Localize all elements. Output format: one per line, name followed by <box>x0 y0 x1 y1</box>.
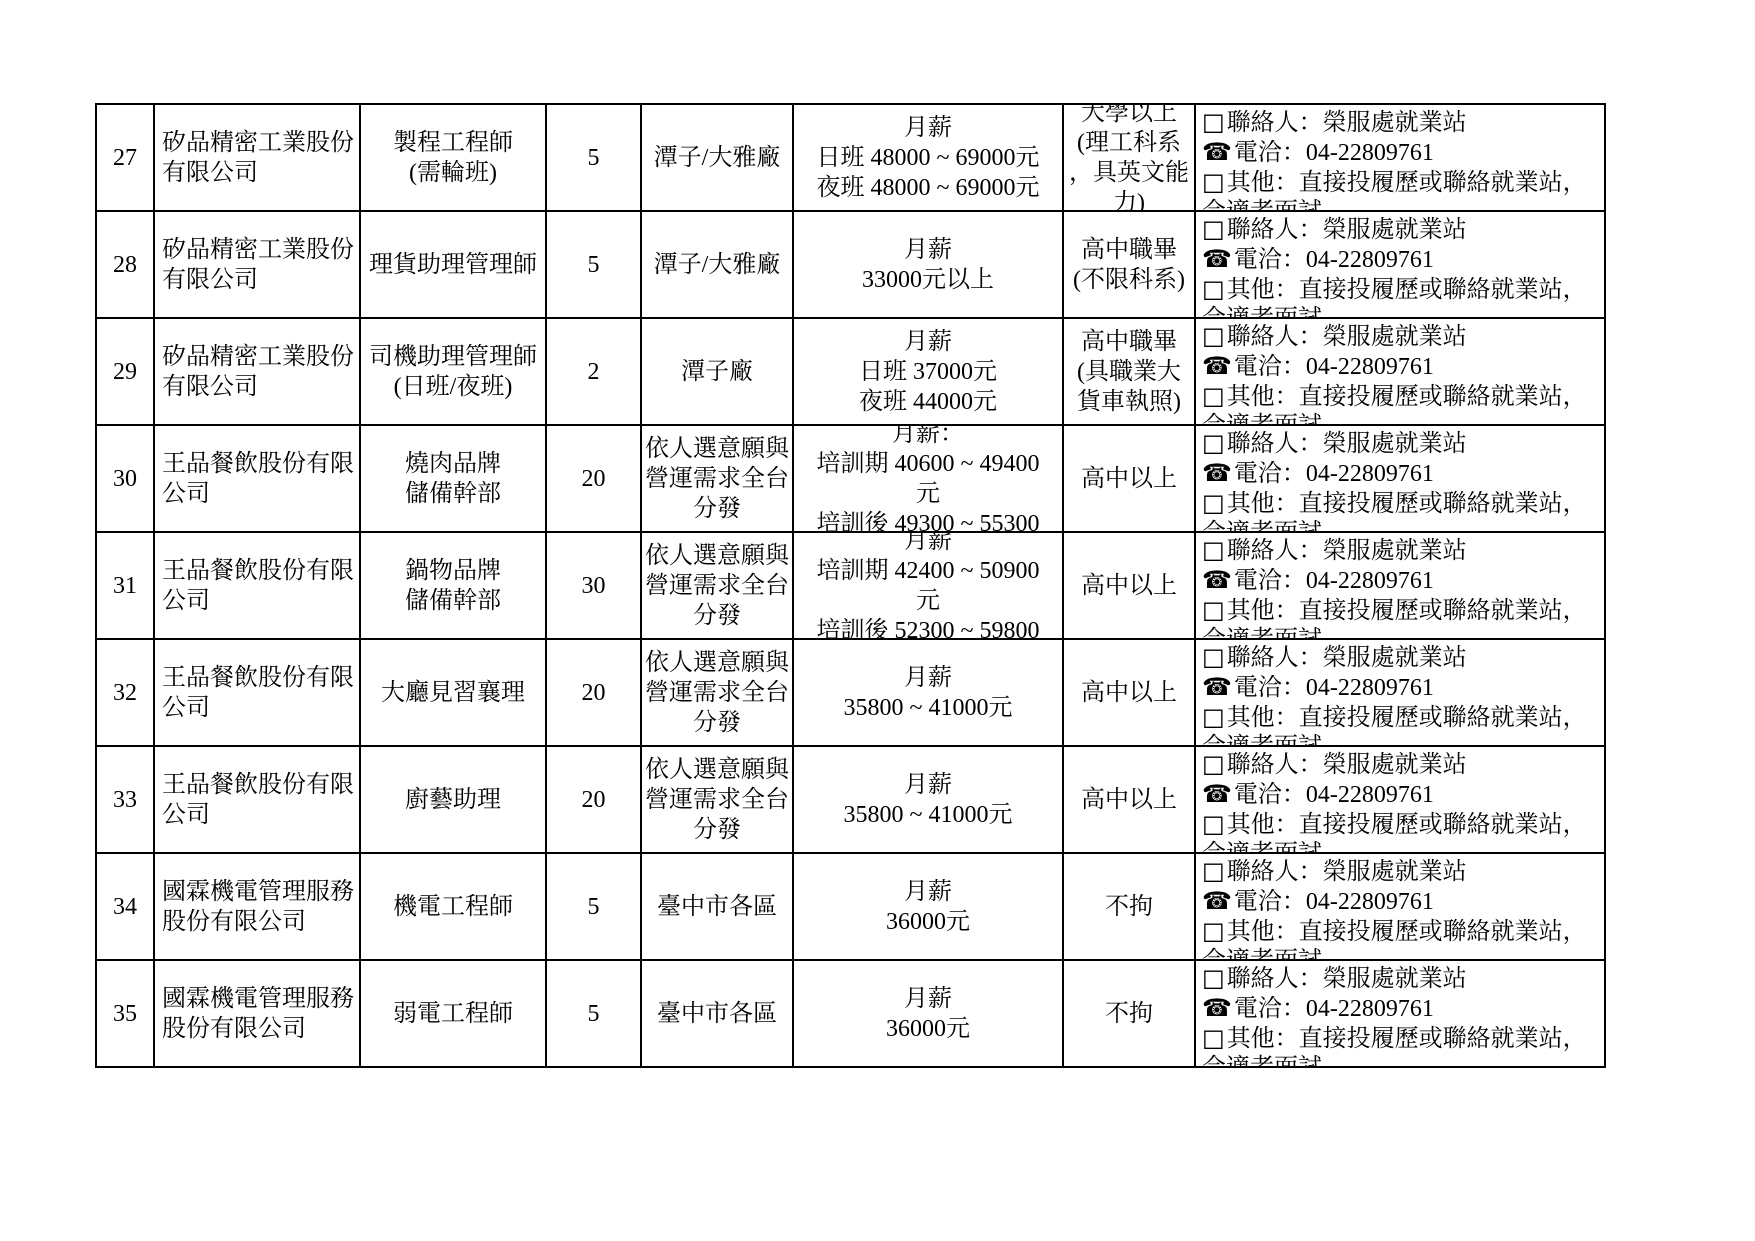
text-line: 分發 <box>693 708 741 738</box>
text-line: 營運需求全台 <box>645 678 789 708</box>
text-line: 20 <box>582 464 606 494</box>
checkbox-icon: □ <box>1202 322 1225 350</box>
contact-text: 聯絡人：榮服處就業站 <box>1227 538 1467 564</box>
text-line: 35800 ~ 41000元 <box>844 800 1013 830</box>
checkbox-icon: □ <box>1202 857 1225 885</box>
text-line: 月薪 <box>904 327 952 357</box>
salary-cell: 月薪日班 48000 ~ 69000元夜班 48000 ~ 69000元 <box>794 105 1064 212</box>
text-line: 5 <box>588 250 600 280</box>
salary-cell: 月薪36000元 <box>794 961 1064 1068</box>
text-line: 臺中市各區 <box>657 999 777 1029</box>
text-line: 30 <box>113 464 137 494</box>
contact-text: 合適者面試 <box>1202 1055 1322 1068</box>
text-line: 潭子/大雅廠 <box>654 143 781 173</box>
text-line: 機電工程師 <box>393 892 513 922</box>
text-line: 元 <box>916 586 940 616</box>
contact-line: ☎電洽：04-22809761 <box>1202 993 1434 1023</box>
phone-icon: ☎ <box>1202 138 1232 166</box>
salary-cell: 月薪36000元 <box>794 854 1064 961</box>
contact-text: 其他：直接投履歷或聯絡就業站， <box>1227 491 1587 517</box>
text-line: 力) <box>1113 188 1145 213</box>
contact-line: □聯絡人：榮服處就業站 <box>1202 642 1467 672</box>
checkbox-icon: □ <box>1202 596 1225 624</box>
text-line: 日班 37000元 <box>859 357 997 387</box>
text-line: 依人選意願與 <box>645 755 789 785</box>
text-line: 鍋物品牌 <box>405 556 501 586</box>
salary-cell: 月薪：培訓期 40600 ~ 49400元培訓後 49300 ~ 55300 <box>794 426 1064 533</box>
row-number-cell: 33 <box>97 747 155 854</box>
job-title-cell: 大廳見習襄理 <box>361 640 547 747</box>
education-cell: 高中職畢(不限科系) <box>1064 212 1196 319</box>
education-cell: 高中以上 <box>1064 747 1196 854</box>
contact-line: ☎電洽：04-22809761 <box>1202 137 1434 167</box>
contact-line: □其他：直接投履歷或聯絡就業站， <box>1202 381 1587 411</box>
text-line: 王品餐飲股份有限 <box>162 663 354 693</box>
job-title-cell: 司機助理管理師(日班/夜班) <box>361 319 547 426</box>
contact-line: 合適者面試 <box>1202 197 1322 212</box>
contact-line: ☎電洽：04-22809761 <box>1202 458 1434 488</box>
row-number-cell: 29 <box>97 319 155 426</box>
location-cell: 臺中市各區 <box>642 854 794 961</box>
text-line: 5 <box>588 892 600 922</box>
text-line: 矽品精密工業股份 <box>162 342 354 372</box>
text-line: 日班 48000 ~ 69000元 <box>817 143 1040 173</box>
text-line: 月薪 <box>904 663 952 693</box>
openings-cell: 5 <box>547 961 642 1068</box>
text-line: 36000元 <box>886 907 970 937</box>
contact-text: 其他：直接投履歷或聯絡就業站， <box>1227 598 1587 624</box>
text-line: 29 <box>113 357 137 387</box>
text-line: 高中以上 <box>1081 464 1177 494</box>
text-line: 有限公司 <box>162 372 258 402</box>
text-line: 28 <box>113 250 137 280</box>
education-cell: 不拘 <box>1064 961 1196 1068</box>
checkbox-icon: □ <box>1202 168 1225 196</box>
text-line: 大廳見習襄理 <box>381 678 525 708</box>
contact-line: □聯絡人：榮服處就業站 <box>1202 428 1467 458</box>
text-line: 高中以上 <box>1081 785 1177 815</box>
contact-text: 電洽：04-22809761 <box>1234 247 1434 273</box>
education-cell: 不拘 <box>1064 854 1196 961</box>
contact-text: 其他：直接投履歷或聯絡就業站， <box>1227 384 1587 410</box>
contact-cell: □聯絡人：榮服處就業站☎電洽：04-22809761□其他：直接投履歷或聯絡就業… <box>1196 426 1606 533</box>
contact-line: 合適者面試 <box>1202 732 1322 747</box>
text-line: 矽品精密工業股份 <box>162 128 354 158</box>
contact-text: 合適者面試 <box>1202 627 1322 640</box>
contact-text: 電洽：04-22809761 <box>1234 889 1434 915</box>
checkbox-icon: □ <box>1202 382 1225 410</box>
contact-text: 聯絡人：榮服處就業站 <box>1227 217 1467 243</box>
openings-cell: 2 <box>547 319 642 426</box>
education-cell: 高中職畢(具職業大貨車執照) <box>1064 319 1196 426</box>
contact-cell: □聯絡人：榮服處就業站☎電洽：04-22809761□其他：直接投履歷或聯絡就業… <box>1196 319 1606 426</box>
company-cell: 國霖機電管理服務股份有限公司 <box>155 961 361 1068</box>
contact-text: 電洽：04-22809761 <box>1234 461 1434 487</box>
text-line: 不拘 <box>1105 999 1153 1029</box>
contact-line: 合適者面試 <box>1202 304 1322 319</box>
education-cell: 高中以上 <box>1064 533 1196 640</box>
contact-line: 合適者面試 <box>1202 839 1322 854</box>
text-line: 廚藝助理 <box>405 785 501 815</box>
education-cell: 高中以上 <box>1064 640 1196 747</box>
contact-line: □其他：直接投履歷或聯絡就業站， <box>1202 809 1587 839</box>
contact-text: 其他：直接投履歷或聯絡就業站， <box>1227 919 1587 945</box>
contact-text: 聯絡人：榮服處就業站 <box>1227 859 1467 885</box>
openings-cell: 20 <box>547 426 642 533</box>
checkbox-icon: □ <box>1202 108 1225 136</box>
contact-line: □其他：直接投履歷或聯絡就業站， <box>1202 702 1587 732</box>
text-line: 營運需求全台 <box>645 785 789 815</box>
text-line: 大學以上 <box>1081 105 1177 128</box>
contact-cell: □聯絡人：榮服處就業站☎電洽：04-22809761□其他：直接投履歷或聯絡就業… <box>1196 640 1606 747</box>
contact-text: 其他：直接投履歷或聯絡就業站， <box>1227 812 1587 838</box>
company-cell: 王品餐飲股份有限公司 <box>155 533 361 640</box>
text-line: 公司 <box>162 479 210 509</box>
text-line: (需輪班) <box>409 158 497 188</box>
checkbox-icon: □ <box>1202 489 1225 517</box>
text-line: 依人選意願與 <box>645 434 789 464</box>
text-line: 月薪 <box>904 113 952 143</box>
text-line: ，具英文能 <box>1069 158 1189 188</box>
text-line: 27 <box>113 143 137 173</box>
text-line: 2 <box>588 357 600 387</box>
contact-line: □聯絡人：榮服處就業站 <box>1202 963 1467 993</box>
job-title-cell: 製程工程師(需輪班) <box>361 105 547 212</box>
text-line: 有限公司 <box>162 265 258 295</box>
text-line: 月薪 <box>904 877 952 907</box>
company-cell: 矽品精密工業股份有限公司 <box>155 105 361 212</box>
text-line: 營運需求全台 <box>645 464 789 494</box>
text-line: 公司 <box>162 693 210 723</box>
text-line: 王品餐飲股份有限 <box>162 449 354 479</box>
text-line: 國霖機電管理服務 <box>162 984 354 1014</box>
text-line: 製程工程師 <box>393 128 513 158</box>
checkbox-icon: □ <box>1202 750 1225 778</box>
row-number-cell: 35 <box>97 961 155 1068</box>
checkbox-icon: □ <box>1202 643 1225 671</box>
text-line: 分發 <box>693 815 741 845</box>
text-line: 國霖機電管理服務 <box>162 877 354 907</box>
salary-cell: 月薪35800 ~ 41000元 <box>794 747 1064 854</box>
text-line: 儲備幹部 <box>405 586 501 616</box>
text-line: 有限公司 <box>162 158 258 188</box>
location-cell: 依人選意願與營運需求全台分發 <box>642 426 794 533</box>
phone-icon: ☎ <box>1202 566 1232 594</box>
contact-text: 其他：直接投履歷或聯絡就業站， <box>1227 1026 1587 1052</box>
phone-icon: ☎ <box>1202 780 1232 808</box>
text-line: 司機助理管理師 <box>369 342 537 372</box>
text-line: 依人選意願與 <box>645 541 789 571</box>
job-title-cell: 機電工程師 <box>361 854 547 961</box>
text-line: 股份有限公司 <box>162 907 306 937</box>
text-line: 30 <box>582 571 606 601</box>
company-cell: 矽品精密工業股份有限公司 <box>155 319 361 426</box>
contact-text: 合適者面試 <box>1202 413 1322 426</box>
contact-text: 聯絡人：榮服處就業站 <box>1227 966 1467 992</box>
text-line: 儲備幹部 <box>405 479 501 509</box>
text-line: 貨車執照) <box>1077 387 1181 417</box>
text-line: 月薪 <box>904 235 952 265</box>
row-number-cell: 31 <box>97 533 155 640</box>
text-line: 公司 <box>162 800 210 830</box>
contact-cell: □聯絡人：榮服處就業站☎電洽：04-22809761□其他：直接投履歷或聯絡就業… <box>1196 533 1606 640</box>
text-line: (具職業大 <box>1077 357 1181 387</box>
text-line: 5 <box>588 999 600 1029</box>
contact-line: □其他：直接投履歷或聯絡就業站， <box>1202 595 1587 625</box>
text-line: 月薪 <box>904 984 952 1014</box>
text-line: 營運需求全台 <box>645 571 789 601</box>
text-line: 月薪： <box>892 426 964 449</box>
row-number-cell: 32 <box>97 640 155 747</box>
company-cell: 王品餐飲股份有限公司 <box>155 747 361 854</box>
contact-cell: □聯絡人：榮服處就業站☎電洽：04-22809761□其他：直接投履歷或聯絡就業… <box>1196 212 1606 319</box>
phone-icon: ☎ <box>1202 673 1232 701</box>
row-number-cell: 30 <box>97 426 155 533</box>
text-line: 32 <box>113 678 137 708</box>
contact-text: 電洽：04-22809761 <box>1234 996 1434 1022</box>
contact-text: 聯絡人：榮服處就業站 <box>1227 431 1467 457</box>
text-line: 分發 <box>693 601 741 631</box>
phone-icon: ☎ <box>1202 994 1232 1022</box>
contact-line: 合適者面試 <box>1202 1053 1322 1068</box>
contact-text: 電洽：04-22809761 <box>1234 675 1434 701</box>
contact-line: □其他：直接投履歷或聯絡就業站， <box>1202 916 1587 946</box>
text-line: 培訓期 42400 ~ 50900 <box>817 556 1040 586</box>
contact-text: 合適者面試 <box>1202 734 1322 747</box>
text-line: 臺中市各區 <box>657 892 777 922</box>
contact-cell: □聯絡人：榮服處就業站☎電洽：04-22809761□其他：直接投履歷或聯絡就業… <box>1196 854 1606 961</box>
contact-text: 其他：直接投履歷或聯絡就業站， <box>1227 277 1587 303</box>
text-line: 31 <box>113 571 137 601</box>
job-title-cell: 燒肉品牌儲備幹部 <box>361 426 547 533</box>
contact-text: 合適者面試 <box>1202 199 1322 212</box>
company-cell: 矽品精密工業股份有限公司 <box>155 212 361 319</box>
text-line: 弱電工程師 <box>393 999 513 1029</box>
location-cell: 依人選意願與營運需求全台分發 <box>642 747 794 854</box>
salary-cell: 月薪培訓期 42400 ~ 50900元培訓後 52300 ~ 59800 <box>794 533 1064 640</box>
location-cell: 依人選意願與營運需求全台分發 <box>642 640 794 747</box>
text-line: 20 <box>582 785 606 815</box>
contact-line: 合適者面試 <box>1202 518 1322 533</box>
contact-line: □聯絡人：榮服處就業站 <box>1202 856 1467 886</box>
text-line: (日班/夜班) <box>394 372 513 402</box>
phone-icon: ☎ <box>1202 352 1232 380</box>
text-line: 高中以上 <box>1081 678 1177 708</box>
text-line: 不拘 <box>1105 892 1153 922</box>
row-number-cell: 27 <box>97 105 155 212</box>
text-line: 培訓期 40600 ~ 49400 <box>817 449 1040 479</box>
text-line: 依人選意願與 <box>645 648 789 678</box>
contact-text: 電洽：04-22809761 <box>1234 568 1434 594</box>
text-line: 34 <box>113 892 137 922</box>
text-line: (不限科系) <box>1073 265 1185 295</box>
contact-line: ☎電洽：04-22809761 <box>1202 244 1434 274</box>
checkbox-icon: □ <box>1202 1024 1225 1052</box>
openings-cell: 5 <box>547 105 642 212</box>
contact-line: ☎電洽：04-22809761 <box>1202 886 1434 916</box>
contact-line: ☎電洽：04-22809761 <box>1202 351 1434 381</box>
text-line: 高中以上 <box>1081 571 1177 601</box>
job-title-cell: 鍋物品牌儲備幹部 <box>361 533 547 640</box>
text-line: 分發 <box>693 494 741 524</box>
contact-text: 合適者面試 <box>1202 306 1322 319</box>
text-line: 夜班 48000 ~ 69000元 <box>817 173 1040 203</box>
salary-cell: 月薪35800 ~ 41000元 <box>794 640 1064 747</box>
salary-cell: 月薪33000元以上 <box>794 212 1064 319</box>
contact-text: 其他：直接投履歷或聯絡就業站， <box>1227 170 1587 196</box>
contact-line: □聯絡人：榮服處就業站 <box>1202 107 1467 137</box>
text-line: 5 <box>588 143 600 173</box>
job-title-cell: 廚藝助理 <box>361 747 547 854</box>
text-line: 燒肉品牌 <box>405 449 501 479</box>
text-line: 股份有限公司 <box>162 1014 306 1044</box>
text-line: 高中職畢 <box>1081 327 1177 357</box>
contact-line: □聯絡人：榮服處就業站 <box>1202 214 1467 244</box>
phone-icon: ☎ <box>1202 887 1232 915</box>
contact-line: ☎電洽：04-22809761 <box>1202 565 1434 595</box>
text-line: 培訓後 52300 ~ 59800 <box>817 616 1040 641</box>
contact-text: 合適者面試 <box>1202 520 1322 533</box>
company-cell: 王品餐飲股份有限公司 <box>155 426 361 533</box>
contact-text: 電洽：04-22809761 <box>1234 140 1434 166</box>
text-line: 月薪 <box>904 770 952 800</box>
text-line: 35 <box>113 999 137 1029</box>
openings-cell: 30 <box>547 533 642 640</box>
contact-text: 聯絡人：榮服處就業站 <box>1227 110 1467 136</box>
salary-cell: 月薪日班 37000元夜班 44000元 <box>794 319 1064 426</box>
openings-cell: 20 <box>547 640 642 747</box>
checkbox-icon: □ <box>1202 703 1225 731</box>
text-line: 潭子/大雅廠 <box>654 250 781 280</box>
text-line: 20 <box>582 678 606 708</box>
row-number-cell: 28 <box>97 212 155 319</box>
phone-icon: ☎ <box>1202 245 1232 273</box>
contact-text: 合適者面試 <box>1202 841 1322 854</box>
text-line: 王品餐飲股份有限 <box>162 770 354 800</box>
text-line: 36000元 <box>886 1014 970 1044</box>
text-line: 33000元以上 <box>862 265 994 295</box>
contact-line: ☎電洽：04-22809761 <box>1202 779 1434 809</box>
contact-line: □其他：直接投履歷或聯絡就業站， <box>1202 167 1587 197</box>
text-line: 月薪 <box>904 533 952 556</box>
location-cell: 潭子廠 <box>642 319 794 426</box>
job-title-cell: 弱電工程師 <box>361 961 547 1068</box>
contact-text: 其他：直接投履歷或聯絡就業站， <box>1227 705 1587 731</box>
location-cell: 臺中市各區 <box>642 961 794 1068</box>
checkbox-icon: □ <box>1202 964 1225 992</box>
openings-cell: 5 <box>547 854 642 961</box>
text-line: 高中職畢 <box>1081 235 1177 265</box>
contact-line: 合適者面試 <box>1202 411 1322 426</box>
location-cell: 潭子/大雅廠 <box>642 105 794 212</box>
text-line: 公司 <box>162 586 210 616</box>
contact-text: 電洽：04-22809761 <box>1234 354 1434 380</box>
education-cell: 大學以上(理工科系，具英文能力) <box>1064 105 1196 212</box>
checkbox-icon: □ <box>1202 810 1225 838</box>
openings-cell: 5 <box>547 212 642 319</box>
text-line: 潭子廠 <box>681 357 753 387</box>
company-cell: 王品餐飲股份有限公司 <box>155 640 361 747</box>
job-listings-table: 27矽品精密工業股份有限公司製程工程師(需輪班)5潭子/大雅廠月薪日班 4800… <box>95 103 1606 1068</box>
checkbox-icon: □ <box>1202 429 1225 457</box>
contact-line: □聯絡人：榮服處就業站 <box>1202 749 1467 779</box>
text-line: 王品餐飲股份有限 <box>162 556 354 586</box>
checkbox-icon: □ <box>1202 215 1225 243</box>
checkbox-icon: □ <box>1202 536 1225 564</box>
checkbox-icon: □ <box>1202 917 1225 945</box>
contact-text: 聯絡人：榮服處就業站 <box>1227 645 1467 671</box>
contact-line: □聯絡人：榮服處就業站 <box>1202 321 1467 351</box>
contact-line: ☎電洽：04-22809761 <box>1202 672 1434 702</box>
location-cell: 潭子/大雅廠 <box>642 212 794 319</box>
checkbox-icon: □ <box>1202 275 1225 303</box>
text-line: (理工科系 <box>1077 128 1181 158</box>
phone-icon: ☎ <box>1202 459 1232 487</box>
contact-cell: □聯絡人：榮服處就業站☎電洽：04-22809761□其他：直接投履歷或聯絡就業… <box>1196 105 1606 212</box>
contact-cell: □聯絡人：榮服處就業站☎電洽：04-22809761□其他：直接投履歷或聯絡就業… <box>1196 747 1606 854</box>
text-line: 35800 ~ 41000元 <box>844 693 1013 723</box>
contact-cell: □聯絡人：榮服處就業站☎電洽：04-22809761□其他：直接投履歷或聯絡就業… <box>1196 961 1606 1068</box>
contact-text: 電洽：04-22809761 <box>1234 782 1434 808</box>
text-line: 培訓後 49300 ~ 55300 <box>817 509 1040 534</box>
contact-text: 聯絡人：榮服處就業站 <box>1227 752 1467 778</box>
row-number-cell: 34 <box>97 854 155 961</box>
text-line: 夜班 44000元 <box>859 387 997 417</box>
contact-text: 聯絡人：榮服處就業站 <box>1227 324 1467 350</box>
text-line: 矽品精密工業股份 <box>162 235 354 265</box>
contact-text: 合適者面試 <box>1202 948 1322 961</box>
contact-line: □聯絡人：榮服處就業站 <box>1202 535 1467 565</box>
contact-line: □其他：直接投履歷或聯絡就業站， <box>1202 274 1587 304</box>
text-line: 理貨助理管理師 <box>369 250 537 280</box>
location-cell: 依人選意願與營運需求全台分發 <box>642 533 794 640</box>
education-cell: 高中以上 <box>1064 426 1196 533</box>
openings-cell: 20 <box>547 747 642 854</box>
contact-line: □其他：直接投履歷或聯絡就業站， <box>1202 1023 1587 1053</box>
contact-line: 合適者面試 <box>1202 625 1322 640</box>
text-line: 元 <box>916 479 940 509</box>
job-title-cell: 理貨助理管理師 <box>361 212 547 319</box>
contact-line: □其他：直接投履歷或聯絡就業站， <box>1202 488 1587 518</box>
contact-line: 合適者面試 <box>1202 946 1322 961</box>
company-cell: 國霖機電管理服務股份有限公司 <box>155 854 361 961</box>
text-line: 33 <box>113 785 137 815</box>
